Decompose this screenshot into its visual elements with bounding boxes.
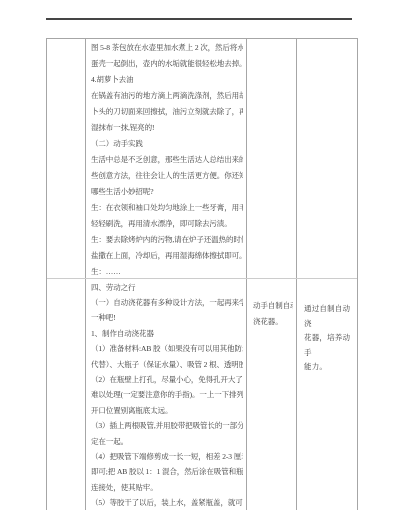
cell-teaching-process: 四、劳动之行（一）自动浇花器有多种设计方法，一起再来学习一种吧!1、制作自动浇花… — [86, 279, 247, 510]
table-row: 四、劳动之行（一）自动浇花器有多种设计方法，一起再来学习一种吧!1、制作自动浇花… — [47, 278, 357, 510]
text-line: 难以处理(一定要注意你的手指)。一上一下排列， — [91, 387, 243, 402]
text-line: 蛋壳一起倒出，壶内的水垢就能很轻松地去掉。 — [91, 56, 243, 72]
text-line: 哪些生活小妙招呢? — [91, 184, 243, 200]
text-line: 生：在衣领和袖口处均匀地涂上一些牙膏，用毛刷 — [91, 200, 243, 216]
cell-design-intent — [297, 39, 357, 278]
text-line: 生：…… — [91, 264, 243, 278]
text-line: 即可;把 AB 胶以 1：1 混合，然后涂在吸管和瓶壁 — [91, 464, 243, 479]
text-line: 动手自制自动 — [253, 298, 293, 314]
text-line: 一种吧! — [91, 310, 243, 325]
text-line: 定在一起。 — [91, 434, 243, 449]
lesson-plan-table: 图 5-8 茶包放在水壶里加水煮上 2 次，然后将水和蛋壳一起倒出，壶内的水垢就… — [46, 38, 358, 510]
page-header-divider — [46, 18, 352, 20]
cell-design-intent: 通过自制自动浇花器，培养动手能力。 — [297, 279, 357, 510]
text-line: 湿抹布一抹,锃亮的! — [91, 120, 243, 136]
cell-student-activity — [247, 39, 297, 278]
text-line: 卜头的刀切面来回擦拭，油污立刻就去除了，再用 — [91, 104, 243, 120]
text-line: （5）等胶干了以后，装上水，盖紧瓶盖，就可以 — [91, 495, 243, 510]
text-line: （一）自动浇花器有多种设计方法，一起再来学习 — [91, 295, 243, 310]
text-line: 些创意方法，往往会让人的生活更方便。你还知道 — [91, 168, 243, 184]
text-line: （2）在瓶壁上打孔，尽量小心，免得孔开大了， — [91, 372, 243, 387]
cell-teaching-process: 图 5-8 茶包放在水壶里加水煮上 2 次，然后将水和蛋壳一起倒出，壶内的水垢就… — [86, 39, 247, 278]
text-line: 4.胡萝卜去油 — [91, 72, 243, 88]
text-line: 盐撒在上面，冷却后，再用湿海绵体擦拭即可。 — [91, 248, 243, 264]
text-line: 代替）、大瓶子（保证水量）、吸管 2 根、透明胶带。 — [91, 357, 243, 372]
text-line: （4）把吸管下端修剪成一长一短，相差 2-3 厘米 — [91, 449, 243, 464]
text-line: 生活中总是不乏创意，那些生活达人总结出来的一 — [91, 152, 243, 168]
text-line: 轻轻刷洗，再用清水漂净，即可除去污渍。 — [91, 216, 243, 232]
text-line: 1、制作自动浇花器 — [91, 326, 243, 341]
cell-student-activity: 动手自制自动浇花器。 — [247, 279, 297, 510]
text-line: 能力。 — [304, 360, 354, 375]
text-line: 连接处，使其贴牢。 — [91, 480, 243, 495]
text-line: 花器，培养动手 — [304, 331, 354, 360]
text-line: 在锅盖有油污的地方滴上两滴洗涤剂，然后用胡萝 — [91, 88, 243, 104]
text-line: 生：要去除烤炉内的污物,请在炉子还温热的时候把 — [91, 232, 243, 248]
text-line: 图 5-8 茶包放在水壶里加水煮上 2 次，然后将水和 — [91, 40, 243, 56]
table-row: 图 5-8 茶包放在水壶里加水煮上 2 次，然后将水和蛋壳一起倒出，壶内的水垢就… — [47, 39, 357, 278]
text-line: （二）动手实践 — [91, 136, 243, 152]
text-line: 通过自制自动浇 — [304, 302, 354, 331]
text-line: 浇花器。 — [253, 314, 293, 330]
cell-left-empty — [47, 39, 86, 278]
text-line: 开口位置别离瓶底太远。 — [91, 403, 243, 418]
text-line: （3）插上两根吸管,并用胶带把吸管长的一部分固 — [91, 418, 243, 433]
cell-left-empty — [47, 279, 86, 510]
document-page: 图 5-8 茶包放在水壶里加水煮上 2 次，然后将水和蛋壳一起倒出，壶内的水垢就… — [0, 0, 400, 510]
text-line: 四、劳动之行 — [91, 280, 243, 295]
text-line: （1）准备材料:AB 胶（如果没有可以用其他防水胶 — [91, 341, 243, 356]
